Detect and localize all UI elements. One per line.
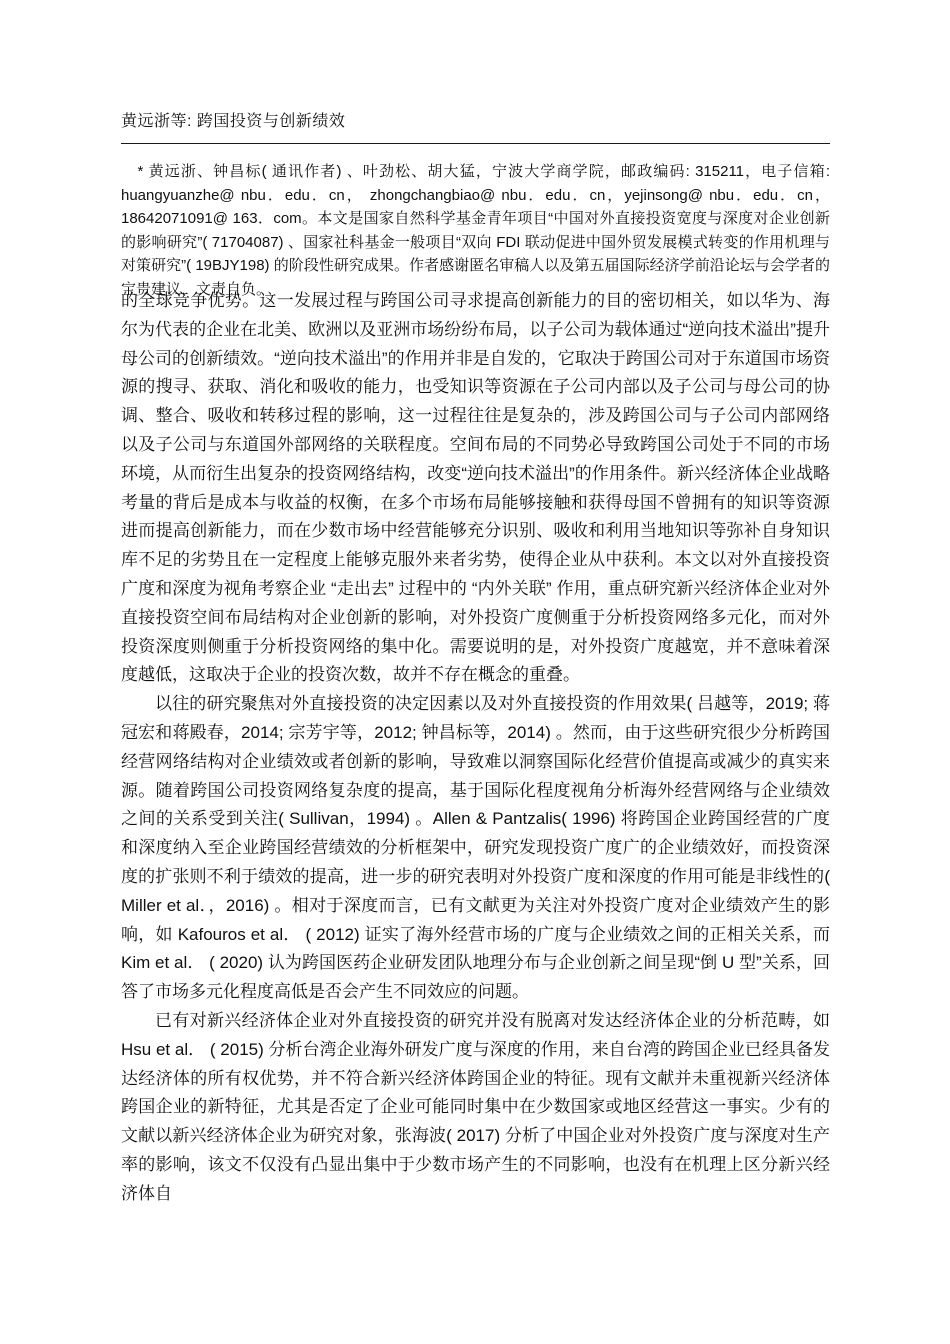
paper-page: 黄远浙等: 跨国投资与创新绩效 * 黄远浙、钟昌标( 通讯作者) 、叶劲松、胡大… [0, 0, 950, 1344]
footnote-text: * 黄远浙、钟昌标( 通讯作者) 、叶劲松、胡大猛，宁波大学商学院，邮政编码: … [121, 160, 830, 302]
footnote-block: * 黄远浙、钟昌标( 通讯作者) 、叶劲松、胡大猛，宁波大学商学院，邮政编码: … [121, 160, 830, 302]
running-head: 黄远浙等: 跨国投资与创新绩效 [121, 111, 830, 133]
paragraph-continuation: 的全球竞争优势。这一发展过程与跨国公司寻求提高创新能力的目的密切相关，如以华为、… [121, 287, 830, 690]
header-rule [121, 143, 830, 144]
body-text: 的全球竞争优势。这一发展过程与跨国公司寻求提高创新能力的目的密切相关，如以华为、… [121, 287, 830, 1209]
paragraph: 已有对新兴经济体企业对外直接投资的研究并没有脱离对发达经济体企业的分析范畴，如 … [121, 1007, 830, 1209]
paragraph: 以往的研究聚焦对外直接投资的决定因素以及对外直接投资的作用效果( 吕越等，201… [121, 690, 830, 1007]
